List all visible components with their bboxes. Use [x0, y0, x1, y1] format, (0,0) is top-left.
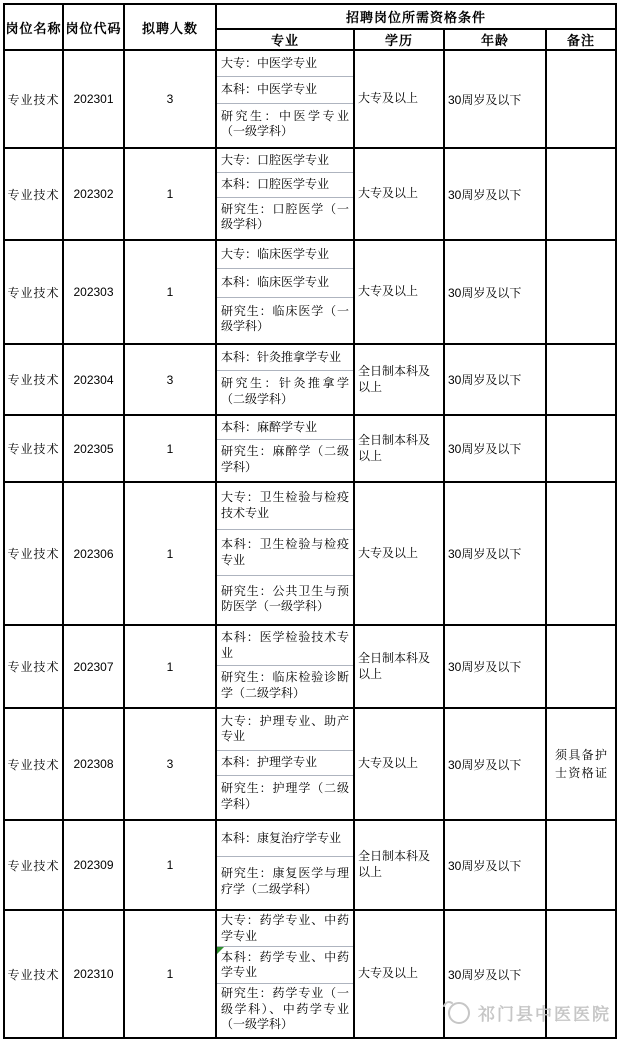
cell-age: 30周岁及以下 [444, 482, 546, 625]
table-row: 专业技术 202309 1 本科：康复治疗学专业 研究生：康复医学与理疗学（二级… [4, 820, 616, 910]
table-row: 专业技术 202308 3 大专：护理专业、助产专业 本科：护理学专业 研究生：… [4, 708, 616, 820]
cell-age: 30周岁及以下 [444, 708, 546, 820]
major-line: 研究生：药学专业（一级学科）、中药学专业（一级学科） [217, 984, 353, 1035]
cell-headcount: 1 [124, 415, 216, 482]
table-row: 专业技术 202305 1 本科：麻醉学专业 研究生：麻醉学（二级学科） 全日制… [4, 415, 616, 482]
major-line: 研究生：护理学（二级学科） [217, 776, 353, 817]
header-qualification-group: 招聘岗位所需资格条件 [216, 4, 616, 29]
cell-majors: 本科：医学检验技术专业 研究生：临床检验诊断学（二级学科） [216, 625, 354, 708]
cell-headcount: 1 [124, 625, 216, 708]
cell-headcount: 1 [124, 910, 216, 1038]
cell-majors: 本科：针灸推拿学专业 研究生：针灸推拿学（二级学科） [216, 344, 354, 415]
major-line: 大专：卫生检验与检疫技术专业 [217, 483, 353, 530]
cell-age: 30周岁及以下 [444, 415, 546, 482]
table-row: 专业技术 202301 3 大专：中医学专业 本科：中医学专业 研究生：中医学专… [4, 50, 616, 148]
major-line: 本科：针灸推拿学专业 [217, 345, 353, 371]
major-line: 本科：中医学专业 [217, 77, 353, 103]
cell-majors: 大专：护理专业、助产专业 本科：护理学专业 研究生：护理学（二级学科） [216, 708, 354, 820]
cell-headcount: 1 [124, 482, 216, 625]
major-line: 本科：康复治疗学专业 [217, 821, 353, 857]
cell-remark [546, 344, 616, 415]
cell-position-code: 202309 [63, 820, 124, 910]
cell-remark [546, 240, 616, 344]
cell-headcount: 3 [124, 708, 216, 820]
cell-position-name: 专业技术 [4, 50, 63, 148]
cell-position-code: 202307 [63, 625, 124, 708]
major-line: 研究生：中医学专业（一级学科） [217, 104, 353, 145]
cell-headcount: 1 [124, 240, 216, 344]
cell-position-name: 专业技术 [4, 415, 63, 482]
cell-position-code: 202308 [63, 708, 124, 820]
comment-marker-icon [217, 947, 224, 954]
cell-position-name: 专业技术 [4, 344, 63, 415]
header-education: 学历 [354, 29, 444, 50]
major-line: 研究生：临床检验诊断学（二级学科） [217, 666, 353, 705]
cell-remark [546, 50, 616, 148]
major-line: 本科：临床医学专业 [217, 269, 353, 297]
cell-remark [546, 415, 616, 482]
major-line: 大专：临床医学专业 [217, 241, 353, 269]
major-line: 大专：药学专业、中药学专业 [217, 911, 353, 947]
cell-position-code: 202306 [63, 482, 124, 625]
cell-age: 30周岁及以下 [444, 50, 546, 148]
cell-position-name: 专业技术 [4, 148, 63, 240]
cell-position-name: 专业技术 [4, 820, 63, 910]
table-row: 专业技术 202310 1 大专：药学专业、中药学专业 本科：药学专业、中药学专… [4, 910, 616, 1038]
header-age: 年龄 [444, 29, 546, 50]
major-line-text: 本科：药学专业、中药学专业 [221, 950, 349, 981]
cell-age: 30周岁及以下 [444, 240, 546, 344]
cell-position-name: 专业技术 [4, 625, 63, 708]
cell-position-code: 202301 [63, 50, 124, 148]
cell-position-code: 202305 [63, 415, 124, 482]
major-line: 大专：护理专业、助产专业 [217, 709, 353, 751]
cell-remark [546, 625, 616, 708]
header-major: 专业 [216, 29, 354, 50]
major-line: 大专：口腔医学专业 [217, 149, 353, 173]
cell-position-name: 专业技术 [4, 240, 63, 344]
major-line: 研究生：针灸推拿学（二级学科） [217, 371, 353, 412]
cell-majors: 大专：中医学专业 本科：中医学专业 研究生：中医学专业（一级学科） [216, 50, 354, 148]
major-line: 本科：卫生检验与检疫专业 [217, 530, 353, 577]
table-row: 专业技术 202303 1 大专：临床医学专业 本科：临床医学专业 研究生：临床… [4, 240, 616, 344]
cell-remark [546, 820, 616, 910]
cell-education: 大专及以上 [354, 708, 444, 820]
cell-majors: 大专：口腔医学专业 本科：口腔医学专业 研究生：口腔医学（一级学科） [216, 148, 354, 240]
recruitment-table: 岗位名称 岗位代码 拟聘人数 招聘岗位所需资格条件 专业 学历 年龄 备注 专业… [3, 3, 617, 1039]
cell-majors: 大专：临床医学专业 本科：临床医学专业 研究生：临床医学（一级学科） [216, 240, 354, 344]
cell-age: 30周岁及以下 [444, 148, 546, 240]
major-line: 本科：护理学专业 [217, 751, 353, 777]
major-line: 研究生：口腔医学（一级学科） [217, 198, 353, 237]
header-position-name: 岗位名称 [4, 4, 63, 50]
cell-headcount: 3 [124, 50, 216, 148]
major-line: 研究生：康复医学与理疗学（二级学科） [217, 857, 353, 907]
cell-majors: 本科：康复治疗学专业 研究生：康复医学与理疗学（二级学科） [216, 820, 354, 910]
major-line: 本科：麻醉学专业 [217, 416, 353, 440]
table-row: 专业技术 202306 1 大专：卫生检验与检疫技术专业 本科：卫生检验与检疫专… [4, 482, 616, 625]
cell-position-code: 202303 [63, 240, 124, 344]
major-line: 大专：中医学专业 [217, 51, 353, 77]
cell-age: 30周岁及以下 [444, 820, 546, 910]
cell-majors: 本科：麻醉学专业 研究生：麻醉学（二级学科） [216, 415, 354, 482]
header-row-1: 岗位名称 岗位代码 拟聘人数 招聘岗位所需资格条件 [4, 4, 616, 29]
cell-education: 大专及以上 [354, 148, 444, 240]
major-line: 本科：医学检验技术专业 [217, 626, 353, 666]
cell-remark: 须具备护士资格证 [546, 708, 616, 820]
cell-age: 30周岁及以下 [444, 910, 546, 1038]
cell-education: 大专及以上 [354, 240, 444, 344]
cell-age: 30周岁及以下 [444, 344, 546, 415]
cell-position-code: 202302 [63, 148, 124, 240]
cell-headcount: 1 [124, 148, 216, 240]
cell-majors: 大专：卫生检验与检疫技术专业 本科：卫生检验与检疫专业 研究生：公共卫生与预防医… [216, 482, 354, 625]
cell-remark [546, 148, 616, 240]
cell-education: 全日制本科及以上 [354, 415, 444, 482]
cell-position-name: 专业技术 [4, 708, 63, 820]
major-line: 研究生：公共卫生与预防医学（一级学科） [217, 576, 353, 622]
major-line: 研究生：麻醉学（二级学科） [217, 440, 353, 479]
major-line: 研究生：临床医学（一级学科） [217, 298, 353, 341]
table-row: 专业技术 202302 1 大专：口腔医学专业 本科：口腔医学专业 研究生：口腔… [4, 148, 616, 240]
table-row: 专业技术 202304 3 本科：针灸推拿学专业 研究生：针灸推拿学（二级学科）… [4, 344, 616, 415]
header-headcount: 拟聘人数 [124, 4, 216, 50]
header-remark: 备注 [546, 29, 616, 50]
cell-education: 全日制本科及以上 [354, 344, 444, 415]
cell-headcount: 1 [124, 820, 216, 910]
cell-education: 大专及以上 [354, 910, 444, 1038]
header-position-code: 岗位代码 [63, 4, 124, 50]
cell-position-code: 202304 [63, 344, 124, 415]
cell-education: 全日制本科及以上 [354, 820, 444, 910]
cell-education: 大专及以上 [354, 50, 444, 148]
cell-position-name: 专业技术 [4, 482, 63, 625]
major-line: 本科：药学专业、中药学专业 [217, 947, 353, 983]
major-line: 本科：口腔医学专业 [217, 173, 353, 197]
page: 岗位名称 岗位代码 拟聘人数 招聘岗位所需资格条件 专业 学历 年龄 备注 专业… [0, 0, 617, 1039]
cell-headcount: 3 [124, 344, 216, 415]
cell-age: 30周岁及以下 [444, 625, 546, 708]
cell-education: 全日制本科及以上 [354, 625, 444, 708]
table-row: 专业技术 202307 1 本科：医学检验技术专业 研究生：临床检验诊断学（二级… [4, 625, 616, 708]
cell-education: 大专及以上 [354, 482, 444, 625]
cell-remark [546, 910, 616, 1038]
cell-position-code: 202310 [63, 910, 124, 1038]
cell-remark [546, 482, 616, 625]
cell-majors: 大专：药学专业、中药学专业 本科：药学专业、中药学专业 研究生：药学专业（一级学… [216, 910, 354, 1038]
cell-position-name: 专业技术 [4, 910, 63, 1038]
